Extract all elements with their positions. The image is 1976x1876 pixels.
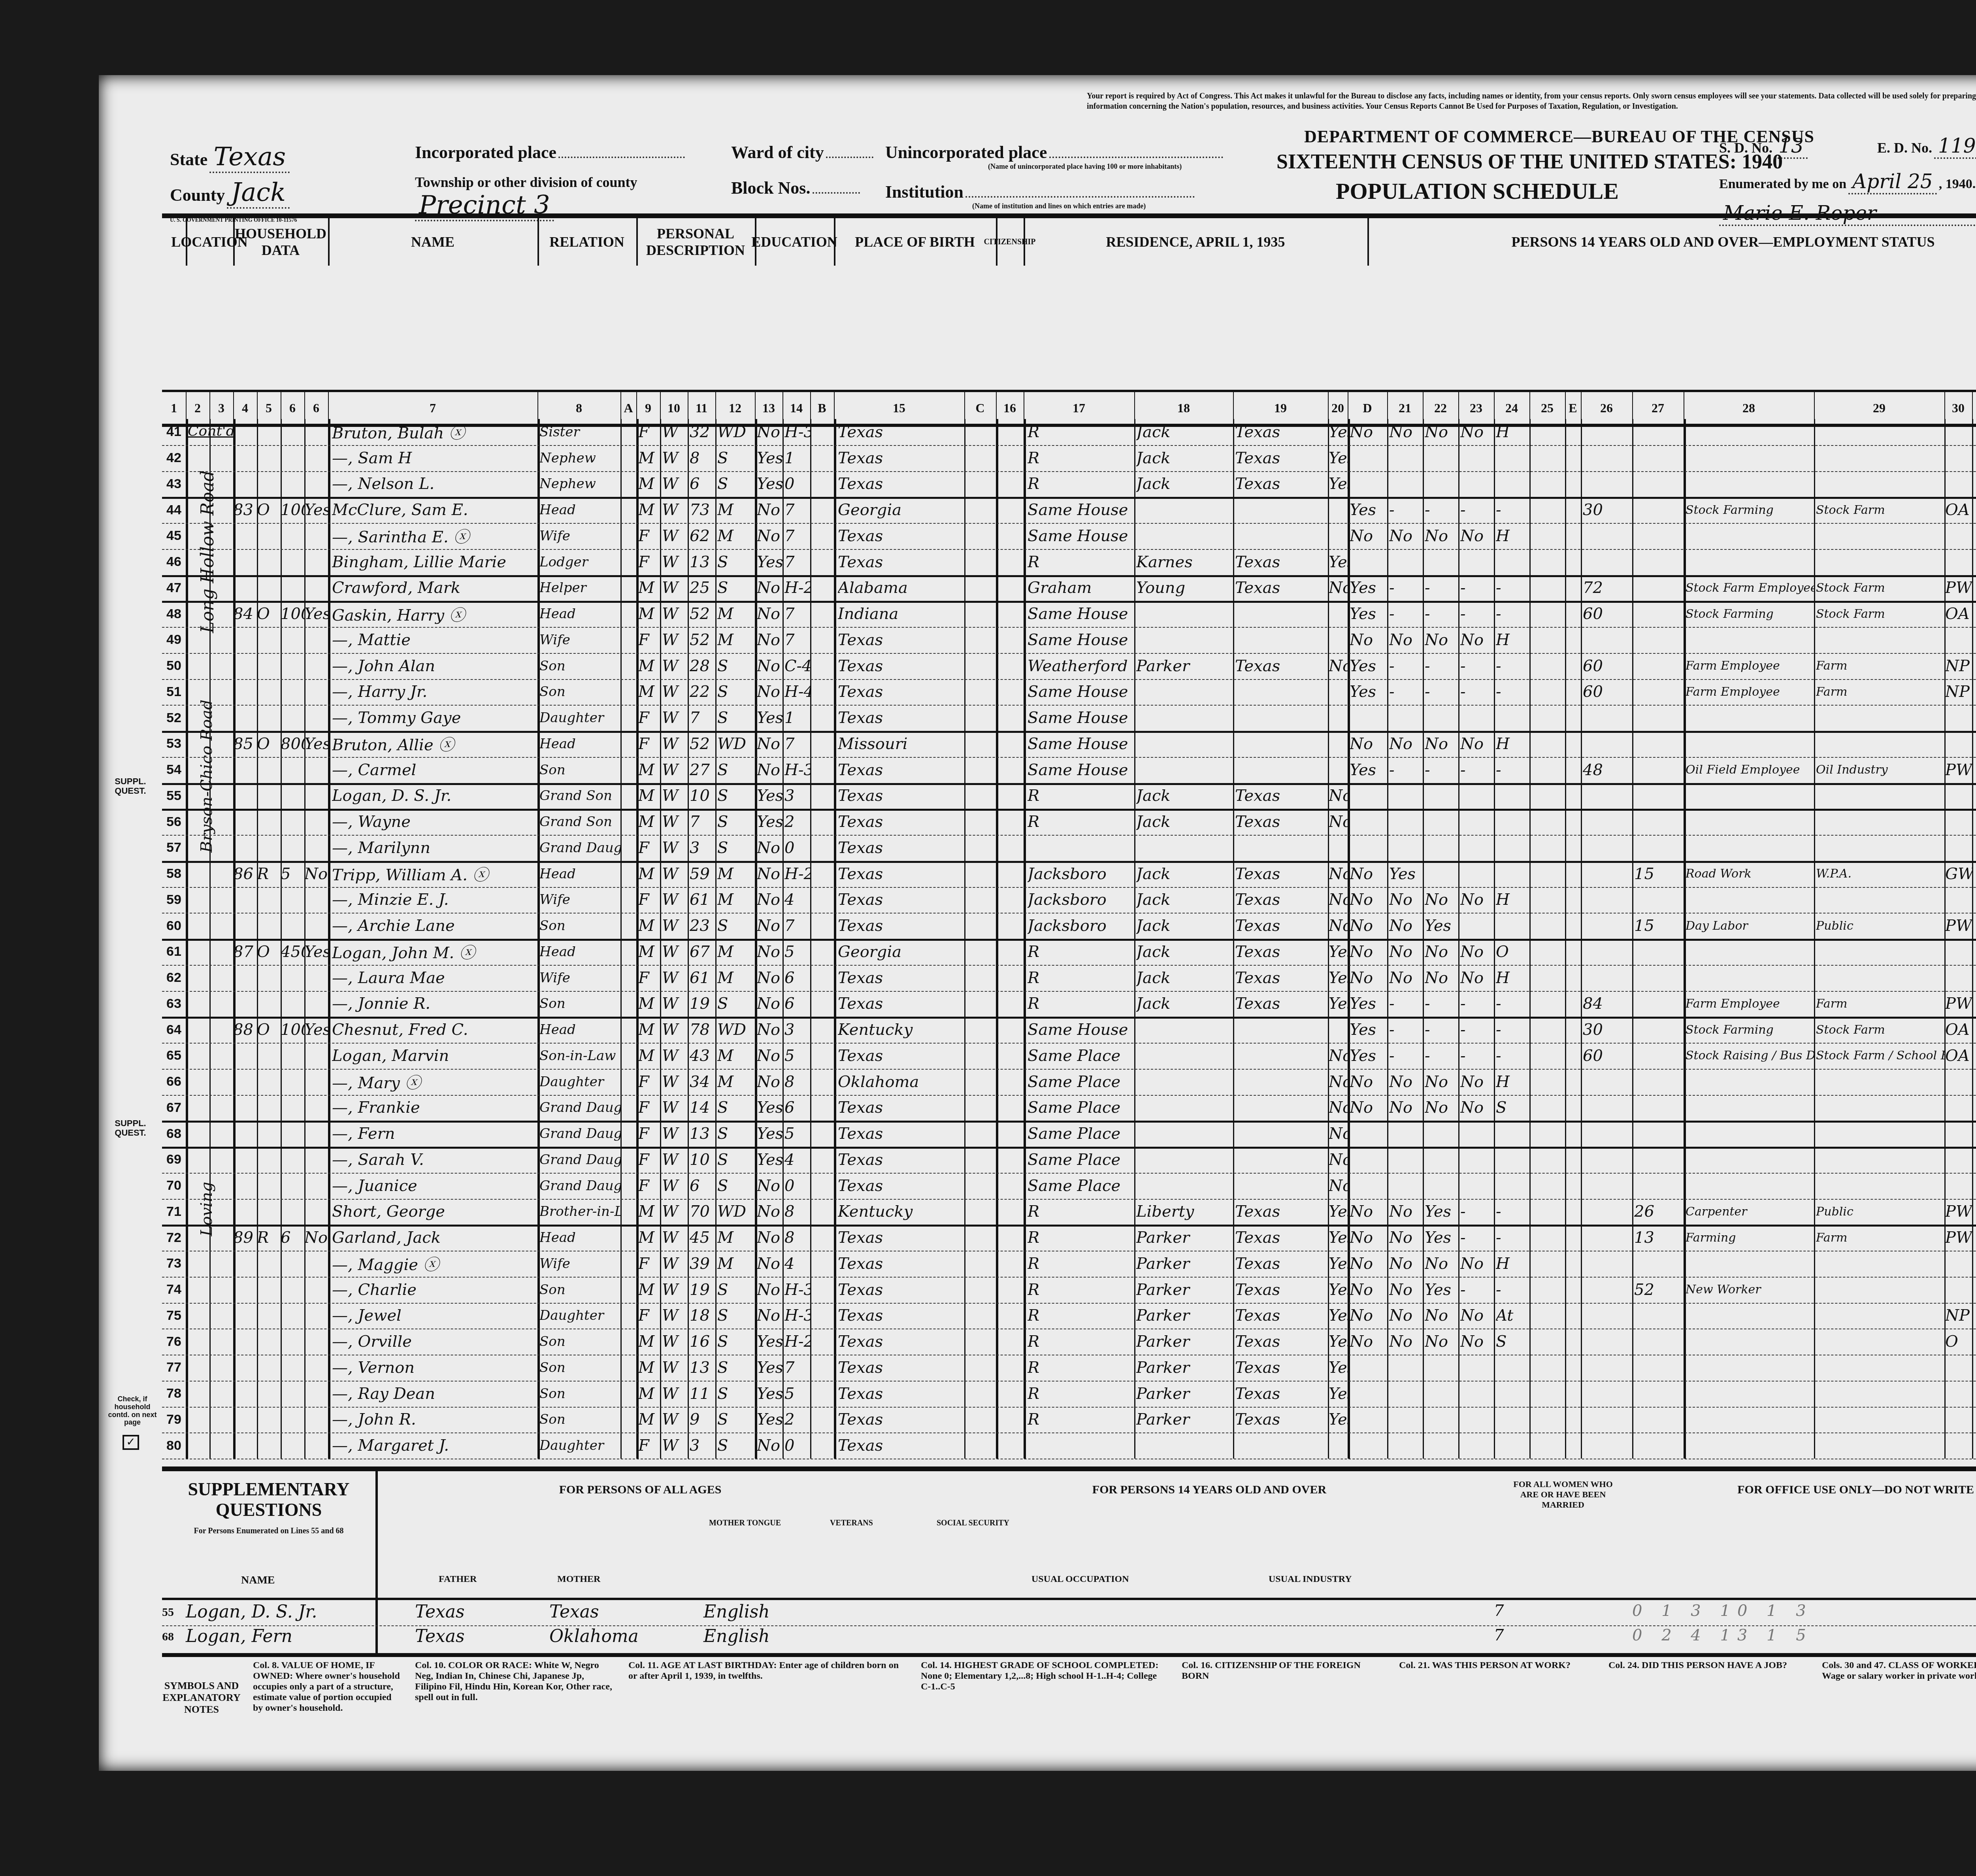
cell-res-city: Same House [1028, 1017, 1134, 1043]
cell-c23: - [1425, 601, 1458, 627]
cell-dwelling [233, 653, 257, 679]
cell-res-farm: Yes [1329, 1251, 1348, 1277]
cell-industry [1816, 1355, 1944, 1381]
cell-weeks-unemp [1634, 601, 1684, 627]
cell-industry [1816, 1407, 1944, 1433]
cell-c23: - [1425, 497, 1458, 523]
table-row: 80—, Margaret J.DaughterFW3SNo0Texas80 [162, 1432, 1976, 1459]
cell-sex: M [638, 939, 660, 965]
cell-value [281, 1043, 304, 1069]
cell-c24 [1460, 835, 1494, 861]
cell-sex: F [638, 1147, 660, 1173]
cell-res-county [1136, 523, 1233, 549]
cell-c23 [1425, 1381, 1458, 1407]
cell-c22 [1389, 549, 1423, 575]
cell-birthplace: Texas [838, 1355, 964, 1381]
cell-c24: - [1460, 575, 1494, 601]
cell-age: 16 [690, 1329, 715, 1355]
institution-label: Institution [885, 182, 963, 202]
cell-line: 80 [162, 1432, 186, 1459]
cell-relation: Head [539, 497, 620, 523]
cell-race: W [662, 783, 688, 809]
cell-res-farm [1329, 757, 1348, 783]
cell-tenure [257, 1147, 281, 1173]
cell-race: W [662, 1303, 688, 1329]
cell-c22: - [1389, 653, 1423, 679]
cell-relation: Son [539, 1329, 620, 1355]
cell-c25 [1496, 1355, 1529, 1381]
cell-marital: S [717, 835, 755, 861]
supp-group-office: FOR OFFICE USE ONLY—DO NOT WRITE IN THES… [1624, 1483, 1976, 1497]
enumerated-date: April 25 [1848, 170, 1937, 194]
cell-res-city: Same Place [1028, 1121, 1134, 1147]
cell-class: PW [1945, 757, 1972, 783]
table-row: 6187O450YesLogan, John M. ⓧHeadMW67MNo5G… [162, 939, 1976, 966]
cell-value [281, 809, 304, 835]
cell-occupation [1686, 1121, 1814, 1147]
cell-occupation [1686, 809, 1814, 835]
cell-c23: No [1425, 887, 1458, 913]
cell-grade: 7 [784, 627, 810, 653]
cell-res-farm [1329, 731, 1348, 757]
cell-c24: No [1460, 1251, 1494, 1277]
cell-school: No [757, 601, 782, 627]
cell-industry [1816, 1147, 1944, 1173]
cell-value [281, 1251, 304, 1277]
cell-farm [304, 1407, 328, 1433]
cell-res-state [1235, 601, 1328, 627]
cell-c25 [1496, 1121, 1529, 1147]
cell-marital: S [717, 1329, 755, 1355]
cell-hours: 60 [1583, 653, 1632, 679]
cell-name: —, Sarintha E. ⓧ [332, 523, 537, 549]
cell-c22 [1389, 809, 1423, 835]
cell-line: 47 [162, 575, 186, 601]
cell-c21 [1350, 1432, 1387, 1459]
cell-school: Yes [757, 705, 782, 731]
cell-res-farm: Yes [1329, 1355, 1348, 1381]
cell-c21: No [1350, 887, 1387, 913]
cell-race: W [662, 1147, 688, 1173]
cell-res-county: Parker [1136, 1251, 1233, 1277]
note-col21: Col. 21. WAS THIS PERSON AT WORK? [1399, 1660, 1597, 1671]
cell-grade: H-3 [784, 757, 810, 783]
cell-industry: Stock Farm [1816, 497, 1944, 523]
group-relation: RELATION [537, 218, 638, 266]
cell-hours [1583, 523, 1632, 549]
cell-value: 5 [281, 861, 304, 887]
cell-farm [304, 445, 328, 471]
cell-marital: S [717, 1381, 755, 1407]
cell-sex: M [638, 601, 660, 627]
cell-c23 [1425, 445, 1458, 471]
cell-age: 13 [690, 549, 715, 575]
note-col16: Col. 16. CITIZENSHIP OF THE FOREIGN BORN [1182, 1660, 1387, 1682]
cell-race: W [662, 835, 688, 861]
cell-relation: Head [539, 861, 620, 887]
cell-school: No [757, 1069, 782, 1095]
cell-res-state: Texas [1235, 419, 1328, 445]
cell-res-county [1136, 1017, 1233, 1043]
cell-sex: F [638, 731, 660, 757]
cell-value [281, 1173, 304, 1199]
cell-res-city: R [1028, 1381, 1134, 1407]
supp-office-codes: 0 2 4 13 1 5 [1632, 1626, 1813, 1644]
cell-weeks-unemp [1634, 939, 1684, 965]
cell-c22: - [1389, 497, 1423, 523]
cell-tenure: O [257, 939, 281, 965]
cell-industry [1816, 1381, 1944, 1407]
cell-dwelling [233, 1173, 257, 1199]
cell-res-city: Same House [1028, 705, 1134, 731]
cell-c22 [1389, 1173, 1423, 1199]
table-row: 63—, Jonnie R.SonMW19SNo6TexasRJackTexas… [162, 991, 1976, 1019]
cell-tenure [257, 1121, 281, 1147]
group-location: LOCATION [186, 218, 235, 266]
cell-c25: H [1496, 887, 1529, 913]
township-label: Township or other division of county [415, 174, 637, 190]
cell-occupation [1686, 523, 1814, 549]
cell-race: W [662, 419, 688, 445]
cell-res-farm: No [1329, 809, 1348, 835]
cell-school: Yes [757, 1329, 782, 1355]
cell-res-farm: No [1329, 575, 1348, 601]
cell-marital: S [717, 913, 755, 939]
cell-c25: H [1496, 1251, 1529, 1277]
cell-name: Chesnut, Fred C. [332, 1017, 537, 1043]
cell-birthplace: Texas [838, 1432, 964, 1459]
cell-race: W [662, 1277, 688, 1303]
cell-farm [304, 1199, 328, 1225]
supp-header-social-security: SOCIAL SECURITY [937, 1519, 1009, 1528]
cell-race: W [662, 1251, 688, 1277]
cell-grade: 2 [784, 1407, 810, 1433]
cell-birthplace: Missouri [838, 731, 964, 757]
cell-race: W [662, 653, 688, 679]
cell-res-city: R [1028, 1277, 1134, 1303]
cell-res-farm [1329, 1432, 1348, 1459]
cell-c25: - [1496, 653, 1529, 679]
cell-dwelling [233, 445, 257, 471]
cell-c24: No [1460, 1329, 1494, 1355]
unincorporated-field: Unincorporated place (Name of unincorpor… [885, 142, 1223, 171]
cell-c24 [1460, 445, 1494, 471]
cell-grade: H-4 [784, 679, 810, 705]
cell-school: Yes [757, 549, 782, 575]
cell-marital: M [717, 601, 755, 627]
ward-label: Ward of city [731, 143, 824, 162]
cell-c21: No [1350, 1277, 1387, 1303]
cell-res-state: Texas [1235, 1303, 1328, 1329]
cell-c24: - [1460, 1277, 1494, 1303]
cell-grade: H-3 [784, 419, 810, 445]
cell-industry [1816, 705, 1944, 731]
cell-tenure [257, 757, 281, 783]
cell-c25 [1496, 445, 1529, 471]
cell-hours: 60 [1583, 601, 1632, 627]
cell-race: W [662, 965, 688, 991]
cell-relation: Nephew [539, 445, 620, 471]
cell-line: 53 [162, 731, 186, 757]
group-personal: PERSONAL DESCRIPTION [636, 218, 756, 266]
cell-race: W [662, 939, 688, 965]
cell-line: 57 [162, 835, 186, 861]
cell-res-county [1136, 835, 1233, 861]
cell-c25 [1496, 1173, 1529, 1199]
cell-res-county: Jack [1136, 783, 1233, 809]
cell-sex: M [638, 1355, 660, 1381]
cell-c24 [1460, 783, 1494, 809]
cell-weeks-unemp [1634, 1355, 1684, 1381]
cell-res-farm: No [1329, 913, 1348, 939]
cell-class [1945, 1095, 1972, 1121]
cell-res-city [1028, 835, 1134, 861]
supp-title: SUPPLEMENTARY QUESTIONS [170, 1479, 368, 1520]
cell-marital: M [717, 1225, 755, 1251]
street-annotation: Long Hollow Road [198, 470, 218, 633]
cell-industry [1816, 939, 1944, 965]
cell-res-state: Texas [1235, 1329, 1328, 1355]
cell-marital: WD [717, 1017, 755, 1043]
cell-line: 59 [162, 887, 186, 913]
table-row: 5385O800YesBruton, Allie ⓧHeadFW52WDNo7M… [162, 731, 1976, 758]
cell-c25 [1496, 835, 1529, 861]
cell-farm [304, 783, 328, 809]
cell-age: 61 [690, 887, 715, 913]
cell-res-state: Texas [1235, 549, 1328, 575]
cell-res-city: Jacksboro [1028, 887, 1134, 913]
cell-c23 [1425, 1355, 1458, 1381]
cell-c24: - [1460, 991, 1494, 1017]
supp-line-no: 55 [162, 1606, 174, 1619]
cell-class: OA [1945, 497, 1972, 523]
cell-hours: 48 [1583, 757, 1632, 783]
cell-c25: S [1496, 1095, 1529, 1121]
cell-industry [1816, 809, 1944, 835]
cell-occupation [1686, 835, 1814, 861]
cell-c25: - [1496, 601, 1529, 627]
cell-c21 [1350, 471, 1387, 497]
cell-c23: Yes [1425, 1199, 1458, 1225]
cell-age: 62 [690, 523, 715, 549]
cell-c23 [1425, 1121, 1458, 1147]
cell-birthplace: Texas [838, 1407, 964, 1433]
cell-relation: Wife [539, 887, 620, 913]
cell-industry [1816, 419, 1944, 445]
cell-value [281, 419, 304, 445]
cell-dwelling [233, 991, 257, 1017]
cell-dwelling: 84 [233, 601, 257, 627]
cell-marital: M [717, 1069, 755, 1095]
incorporated-place-field: Incorporated place [415, 142, 685, 162]
schedule-title: POPULATION SCHEDULE [1336, 178, 1619, 204]
cell-c25: H [1496, 523, 1529, 549]
cell-res-city: R [1028, 445, 1134, 471]
cell-res-city: R [1028, 965, 1134, 991]
cell-c21 [1350, 1147, 1387, 1173]
cell-name: Bingham, Lillie Marie [332, 549, 537, 575]
cell-hours [1583, 627, 1632, 653]
cell-class [1945, 783, 1972, 809]
cell-sex: M [638, 783, 660, 809]
cell-res-farm: Yes [1329, 471, 1348, 497]
cell-weeks-unemp [1634, 1303, 1684, 1329]
cell-res-city: R [1028, 1329, 1134, 1355]
cell-farm [304, 1121, 328, 1147]
cell-weeks-unemp [1634, 523, 1684, 549]
cell-c23: - [1425, 757, 1458, 783]
cell-line: 48 [162, 601, 186, 627]
cell-school: Yes [757, 1095, 782, 1121]
cell-c22: - [1389, 757, 1423, 783]
cell-res-county: Parker [1136, 1407, 1233, 1433]
cell-c21 [1350, 1173, 1387, 1199]
cell-c23: - [1425, 1017, 1458, 1043]
cell-weeks-unemp [1634, 653, 1684, 679]
cell-c24 [1460, 1121, 1494, 1147]
cell-relation: Son [539, 1381, 620, 1407]
cell-line: 49 [162, 627, 186, 653]
cell-res-city: Same Place [1028, 1043, 1134, 1069]
cell-class: OA [1945, 1017, 1972, 1043]
cell-school: No [757, 965, 782, 991]
cell-age: 8 [690, 445, 715, 471]
cell-class: O [1945, 1329, 1972, 1355]
cell-sex: F [638, 1095, 660, 1121]
cell-res-county: Liberty [1136, 1199, 1233, 1225]
cell-birthplace: Texas [838, 757, 964, 783]
supp-header-mother: MOTHER [557, 1574, 600, 1585]
cell-res-city: Same Place [1028, 1069, 1134, 1095]
cell-school: No [757, 1225, 782, 1251]
cell-res-city: Same House [1028, 679, 1134, 705]
cell-c21: No [1350, 1329, 1387, 1355]
cell-name: Logan, Marvin [332, 1043, 537, 1069]
cell-res-farm: Yes [1329, 1303, 1348, 1329]
cell-c21: Yes [1350, 757, 1387, 783]
cell-res-county [1136, 1121, 1233, 1147]
cell-school: No [757, 757, 782, 783]
supp-header-industry: USUAL INDUSTRY [1269, 1574, 1352, 1585]
supp-name: Logan, Fern [186, 1626, 292, 1646]
cell-relation: Lodger [539, 549, 620, 575]
cell-relation: Head [539, 1225, 620, 1251]
cell-birthplace: Texas [838, 1225, 964, 1251]
cell-c23: - [1425, 653, 1458, 679]
cell-tenure [257, 1355, 281, 1381]
notes-title: SYMBOLS AND EXPLANATORY NOTES [162, 1680, 241, 1716]
cell-occupation: Stock Raising / Bus Driving [1686, 1043, 1814, 1069]
township-field: Township or other division of county Pre… [415, 174, 672, 220]
household-continued-checkbox[interactable]: ✓ [123, 1435, 139, 1450]
cell-name: —, Laura Mae [332, 965, 537, 991]
cell-birthplace: Texas [838, 913, 964, 939]
street-annotation: Loving [198, 1182, 216, 1236]
table-row: 46Bingham, Lillie MarieLodgerFW13SYes7Te… [162, 549, 1976, 577]
cell-age: 52 [690, 601, 715, 627]
cell-age: 52 [690, 627, 715, 653]
cell-class [1945, 523, 1972, 549]
cell-line: 71 [162, 1199, 186, 1225]
cell-res-state [1235, 627, 1328, 653]
cell-res-city: R [1028, 1355, 1134, 1381]
cell-c24 [1460, 913, 1494, 939]
cell-farm [304, 757, 328, 783]
cell-occupation [1686, 1147, 1814, 1173]
cell-res-city: Same House [1028, 601, 1134, 627]
supp-header-veterans: VETERANS [830, 1519, 873, 1528]
cell-occupation [1686, 783, 1814, 809]
sd-field: S. D. No. 13 [1719, 134, 1808, 157]
cell-name: —, Jewel [332, 1303, 537, 1329]
cell-hours: 72 [1583, 575, 1632, 601]
cell-age: 27 [690, 757, 715, 783]
cell-birthplace: Texas [838, 1381, 964, 1407]
cell-race: W [662, 1043, 688, 1069]
cell-marital: S [717, 1432, 755, 1459]
cell-industry [1816, 965, 1944, 991]
cell-tenure [257, 1303, 281, 1329]
cell-marital: S [717, 549, 755, 575]
cell-res-state [1235, 1095, 1328, 1121]
cell-name: —, Juanice [332, 1173, 537, 1199]
cell-c22: - [1389, 1017, 1423, 1043]
cell-birthplace: Indiana [838, 601, 964, 627]
cell-class [1945, 1432, 1972, 1459]
cell-industry: Public [1816, 1199, 1944, 1225]
cell-sex: F [638, 419, 660, 445]
cell-c21: No [1350, 939, 1387, 965]
cell-dwelling: 86 [233, 861, 257, 887]
cell-tenure [257, 835, 281, 861]
cell-race: W [662, 1069, 688, 1095]
cell-c24 [1460, 809, 1494, 835]
cell-school: No [757, 523, 782, 549]
cell-c21: No [1350, 1303, 1387, 1329]
cell-tenure [257, 705, 281, 731]
table-row: 71Short, GeorgeBrother-in-LawMW70WDNo8Ke… [162, 1199, 1976, 1227]
cell-value [281, 991, 304, 1017]
cell-occupation [1686, 1173, 1814, 1199]
cell-hours [1583, 1173, 1632, 1199]
cell-c23 [1425, 705, 1458, 731]
cell-race: W [662, 1407, 688, 1433]
cell-tenure: O [257, 731, 281, 757]
cell-c23 [1425, 1407, 1458, 1433]
cell-relation: Grand Daughter [539, 1121, 620, 1147]
cell-weeks-unemp [1634, 1017, 1684, 1043]
cell-name: —, Fern [332, 1121, 537, 1147]
cell-name: —, Orville [332, 1329, 537, 1355]
block-value [813, 192, 860, 194]
cell-occupation [1686, 627, 1814, 653]
supp-father: Texas [415, 1602, 465, 1622]
cell-sex: M [638, 1017, 660, 1043]
cell-hours [1583, 1432, 1632, 1459]
cell-res-farm [1329, 835, 1348, 861]
supp-row: 55 Logan, D. S. Jr. Texas Texas English … [162, 1602, 1976, 1626]
cell-res-city: R [1028, 783, 1134, 809]
table-row: 55Logan, D. S. Jr.Grand SonMW10SYes3Texa… [162, 783, 1976, 811]
cell-c21 [1350, 835, 1387, 861]
cell-birthplace: Texas [838, 861, 964, 887]
cell-dwelling [233, 679, 257, 705]
cell-birthplace: Texas [838, 1147, 964, 1173]
cell-name: Logan, D. S. Jr. [332, 783, 537, 809]
cell-res-state [1235, 1069, 1328, 1095]
cell-c21 [1350, 1407, 1387, 1433]
cell-relation: Grand Daughter [539, 1095, 620, 1121]
